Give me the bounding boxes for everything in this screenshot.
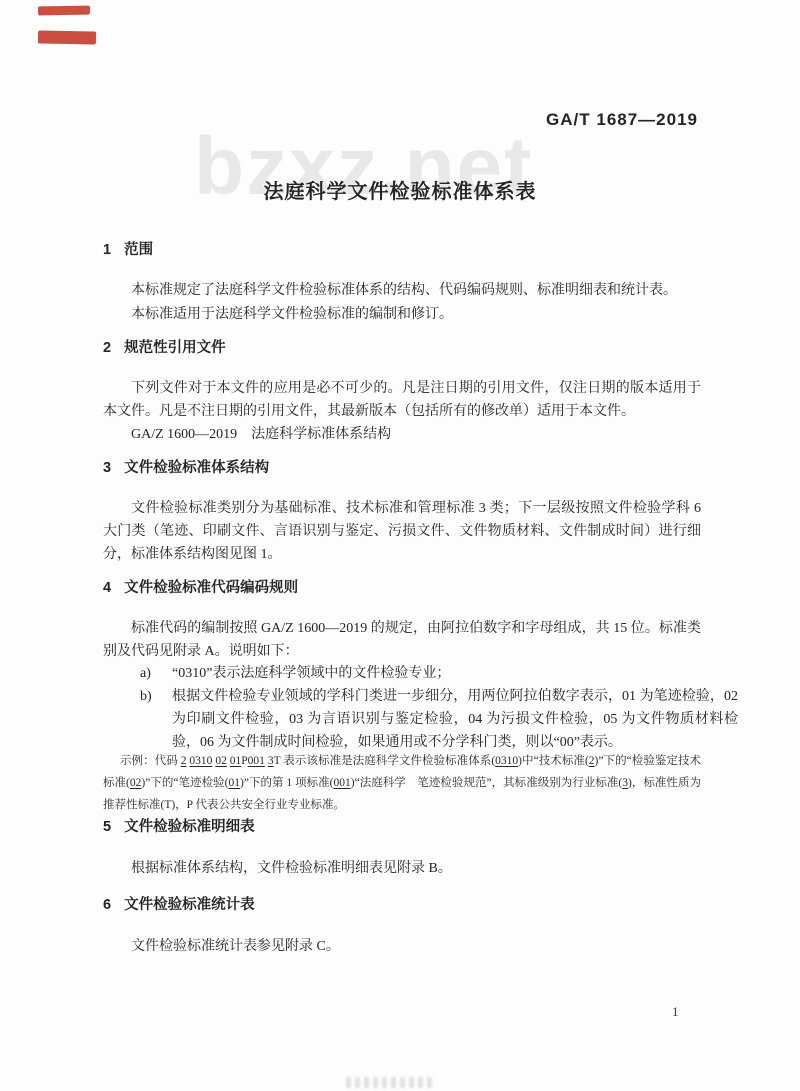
standard-number: GA/T 1687—2019 (546, 110, 698, 130)
normative-reference: GA/Z 1600—2019 法庭科学标准体系结构 (103, 423, 701, 446)
list-item-text: 根据文件检验专业领域的学科门类进一步细分，用两位阿拉伯数字表示，01 为笔迹检验… (172, 685, 738, 754)
section-number: 3 (103, 459, 111, 477)
section-3-paragraph: 文件检验标准类别分为基础标准、技术标准和管理标准 3 类；下一层级按照文件检验学… (103, 497, 701, 566)
section-4-heading: 4文件检验标准代码编码规则 (103, 579, 701, 597)
section-number: 6 (103, 896, 111, 914)
section-6-paragraph: 文件检验标准统计表参见附录 C。 (103, 935, 701, 958)
section-5-paragraph: 根据标准体系结构，文件检验标准明细表见附录 B。 (103, 857, 701, 880)
section-3-heading: 3文件检验标准体系结构 (103, 459, 701, 477)
list-item-label: a) (140, 662, 172, 685)
section-4-paragraph: 标准代码的编制按照 GA/Z 1600—2019 的规定，由阿拉伯数字和字母组成… (103, 617, 701, 663)
list-item-text: “0310”表示法庭科学领域中的文件检验专业； (172, 662, 738, 685)
section-1-paragraph: 本标准规定了法庭科学文件检验标准体系的结构、代码编码规则、标准明细表和统计表。 (103, 279, 701, 302)
section-5-heading: 5文件检验标准明细表 (103, 818, 701, 836)
section-number: 1 (103, 241, 111, 259)
red-stamp-mark (38, 30, 96, 44)
section-title: 规范性引用文件 (124, 340, 226, 356)
section-1-heading: 1范围 (103, 241, 701, 259)
section-title: 文件检验标准明细表 (124, 819, 255, 835)
section-6-heading: 6文件检验标准统计表 (103, 896, 701, 914)
list-item-b: b) 根据文件检验专业领域的学科门类进一步细分，用两位阿拉伯数字表示，01 为笔… (103, 685, 738, 754)
code-example-note: 示例：代码 2 0310 02 01P001 3T 表示该标准是法庭科学文件检验… (103, 750, 701, 816)
section-title: 文件检验标准统计表 (124, 897, 255, 913)
section-number: 4 (103, 579, 111, 597)
section-2-heading: 2规范性引用文件 (103, 339, 701, 357)
scan-artifact (346, 1077, 432, 1088)
section-number: 2 (103, 339, 111, 357)
section-title: 文件检验标准体系结构 (124, 460, 269, 476)
list-item-a: a) “0310”表示法庭科学领域中的文件检验专业； (103, 662, 738, 685)
section-title: 范围 (124, 242, 153, 258)
document-page: GA/T 1687—2019 bzxz.net 法庭科学文件检验标准体系表 1范… (0, 0, 800, 1091)
red-stamp-mark (38, 6, 90, 16)
section-number: 5 (103, 818, 111, 836)
list-item-label: b) (140, 685, 172, 754)
document-title: 法庭科学文件检验标准体系表 (0, 175, 800, 204)
section-2-paragraph: 下列文件对于本文件的应用是必不可少的。凡是注日期的引用文件，仅注日期的版本适用于… (103, 377, 701, 423)
page-number: 1 (672, 1004, 679, 1020)
section-1-paragraph: 本标准适用于法庭科学文件检验标准的编制和修订。 (103, 303, 701, 326)
section-title: 文件检验标准代码编码规则 (124, 580, 298, 596)
